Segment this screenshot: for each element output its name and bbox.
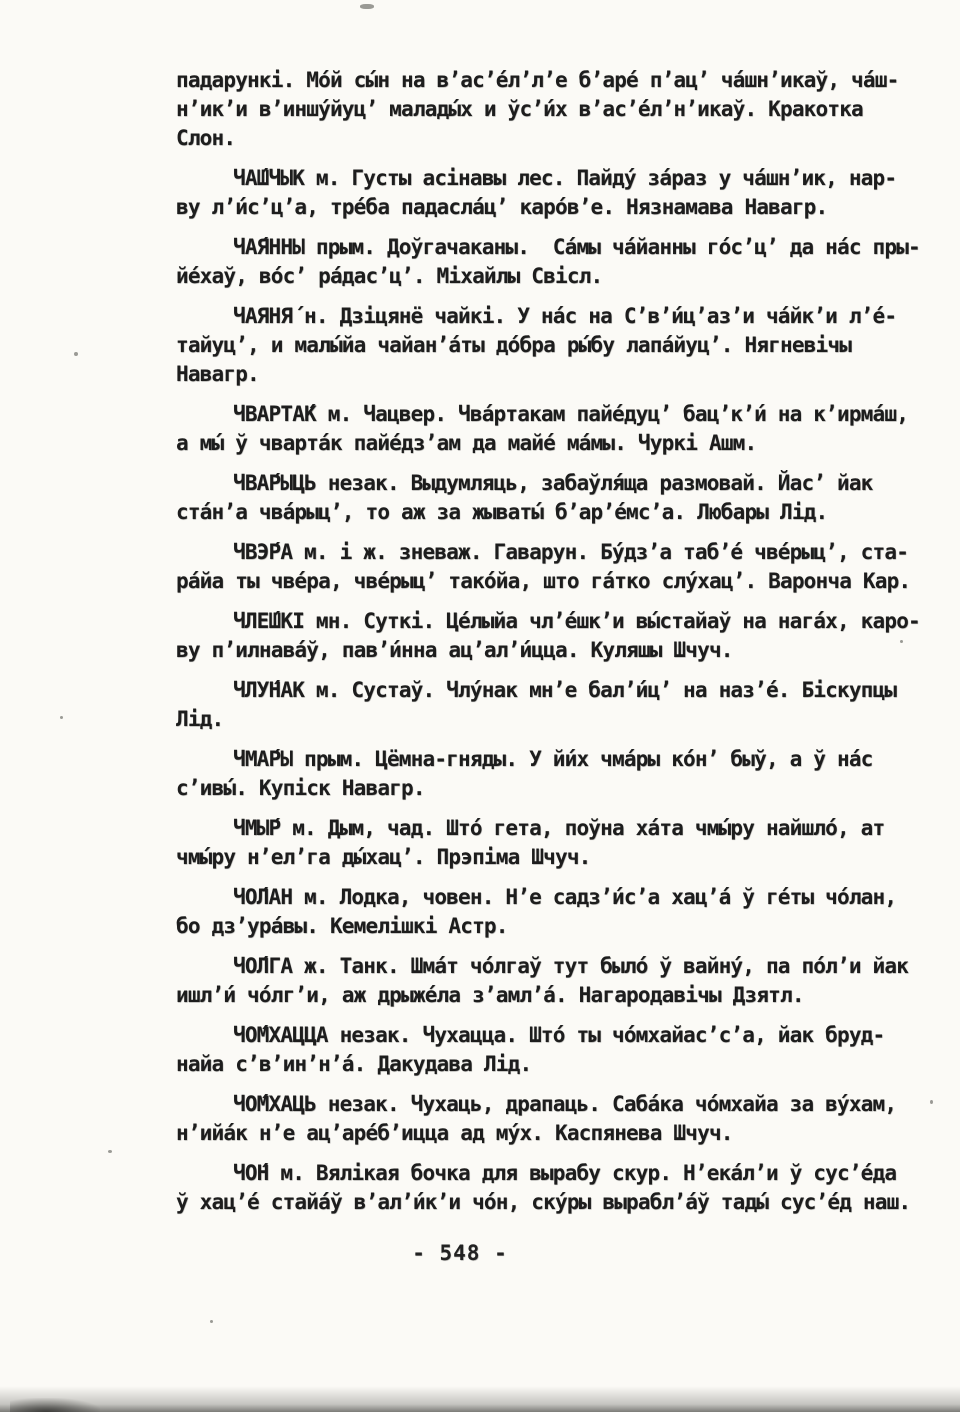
entry-chlunak: ЧЛУ́НАК м. Сустаў. Члу́нак мн’е бал’и́ц’…	[176, 676, 932, 734]
entry-chomhacca: ЧО́МХАЦЦА незак. Чухацца. Што́ ты чо́мха…	[176, 1021, 932, 1079]
page-number: - 548 -	[0, 1241, 920, 1265]
entry-chajanny: ЧА́ЯННЫ прым. Доўгачаканы. Са́мы ча́йанн…	[176, 233, 932, 291]
entry-cholga: ЧО́ЛГА ж. Танк. Шма́т чо́лгаў тут было́ …	[176, 952, 932, 1010]
continuation-paragraph: падарункі. Мо́й сы́н на в’ас’е́л’л’е б’а…	[176, 66, 932, 153]
scan-speck	[930, 1100, 933, 1104]
scan-speck	[74, 352, 78, 356]
entry-chvera: ЧВЭ́РА м. і ж. зневаж. Гаварун. Бу́дз’а …	[176, 538, 932, 596]
entry-chmyr: ЧМЫ́Р м. Дым, чад. Што́ гета, поўна ха́т…	[176, 814, 932, 872]
scan-corner-mark	[10, 1398, 100, 1412]
entry-chomhac: ЧО́МХАЦЬ незак. Чухаць, драпаць. Саба́ка…	[176, 1090, 932, 1148]
entry-chvaryc: ЧВА́РЫЦЬ незак. Выдумляць, забаўля́ща ра…	[176, 469, 932, 527]
entry-chmary: ЧМА́РЫ прым. Цёмна-гняды. У йи́х чма́ры …	[176, 745, 932, 803]
scan-speck	[900, 640, 903, 643]
scan-speck	[108, 1150, 112, 1153]
entry-chleshki: ЧЛЕ́ШКІ мн. Суткі. Це́лыйа чл’е́шк’и вы́…	[176, 607, 932, 665]
entry-chvartak: ЧВАРТА́К м. Чацвер. Чва́ртакам пайе́дуц’…	[176, 400, 932, 458]
dictionary-text-block: падарункі. Мо́й сы́н на в’ас’е́л’л’е б’а…	[176, 66, 932, 1228]
scan-bottom-shadow	[0, 1386, 960, 1412]
entry-chashchyk: ЧА́ШЧЫК м. Густы асінавы лес. Пайду́ за́…	[176, 164, 932, 222]
entry-cholan: ЧО́ЛАН м. Лодка, човен. Н’е садз’и́с’а х…	[176, 883, 932, 941]
entry-chajanja: ЧАЯНЯ́ н. Дзіцянё чайкі. У на́с на С’в’и…	[176, 302, 932, 389]
scan-speck	[210, 1320, 213, 1323]
entry-chon: ЧО́Н м. Вялікая бочка для вырабу скур. Н…	[176, 1159, 932, 1217]
scan-speck	[60, 716, 63, 719]
scan-speck	[360, 4, 374, 9]
scanned-dictionary-page: падарункі. Мо́й сы́н на в’ас’е́л’л’е б’а…	[0, 0, 960, 1412]
